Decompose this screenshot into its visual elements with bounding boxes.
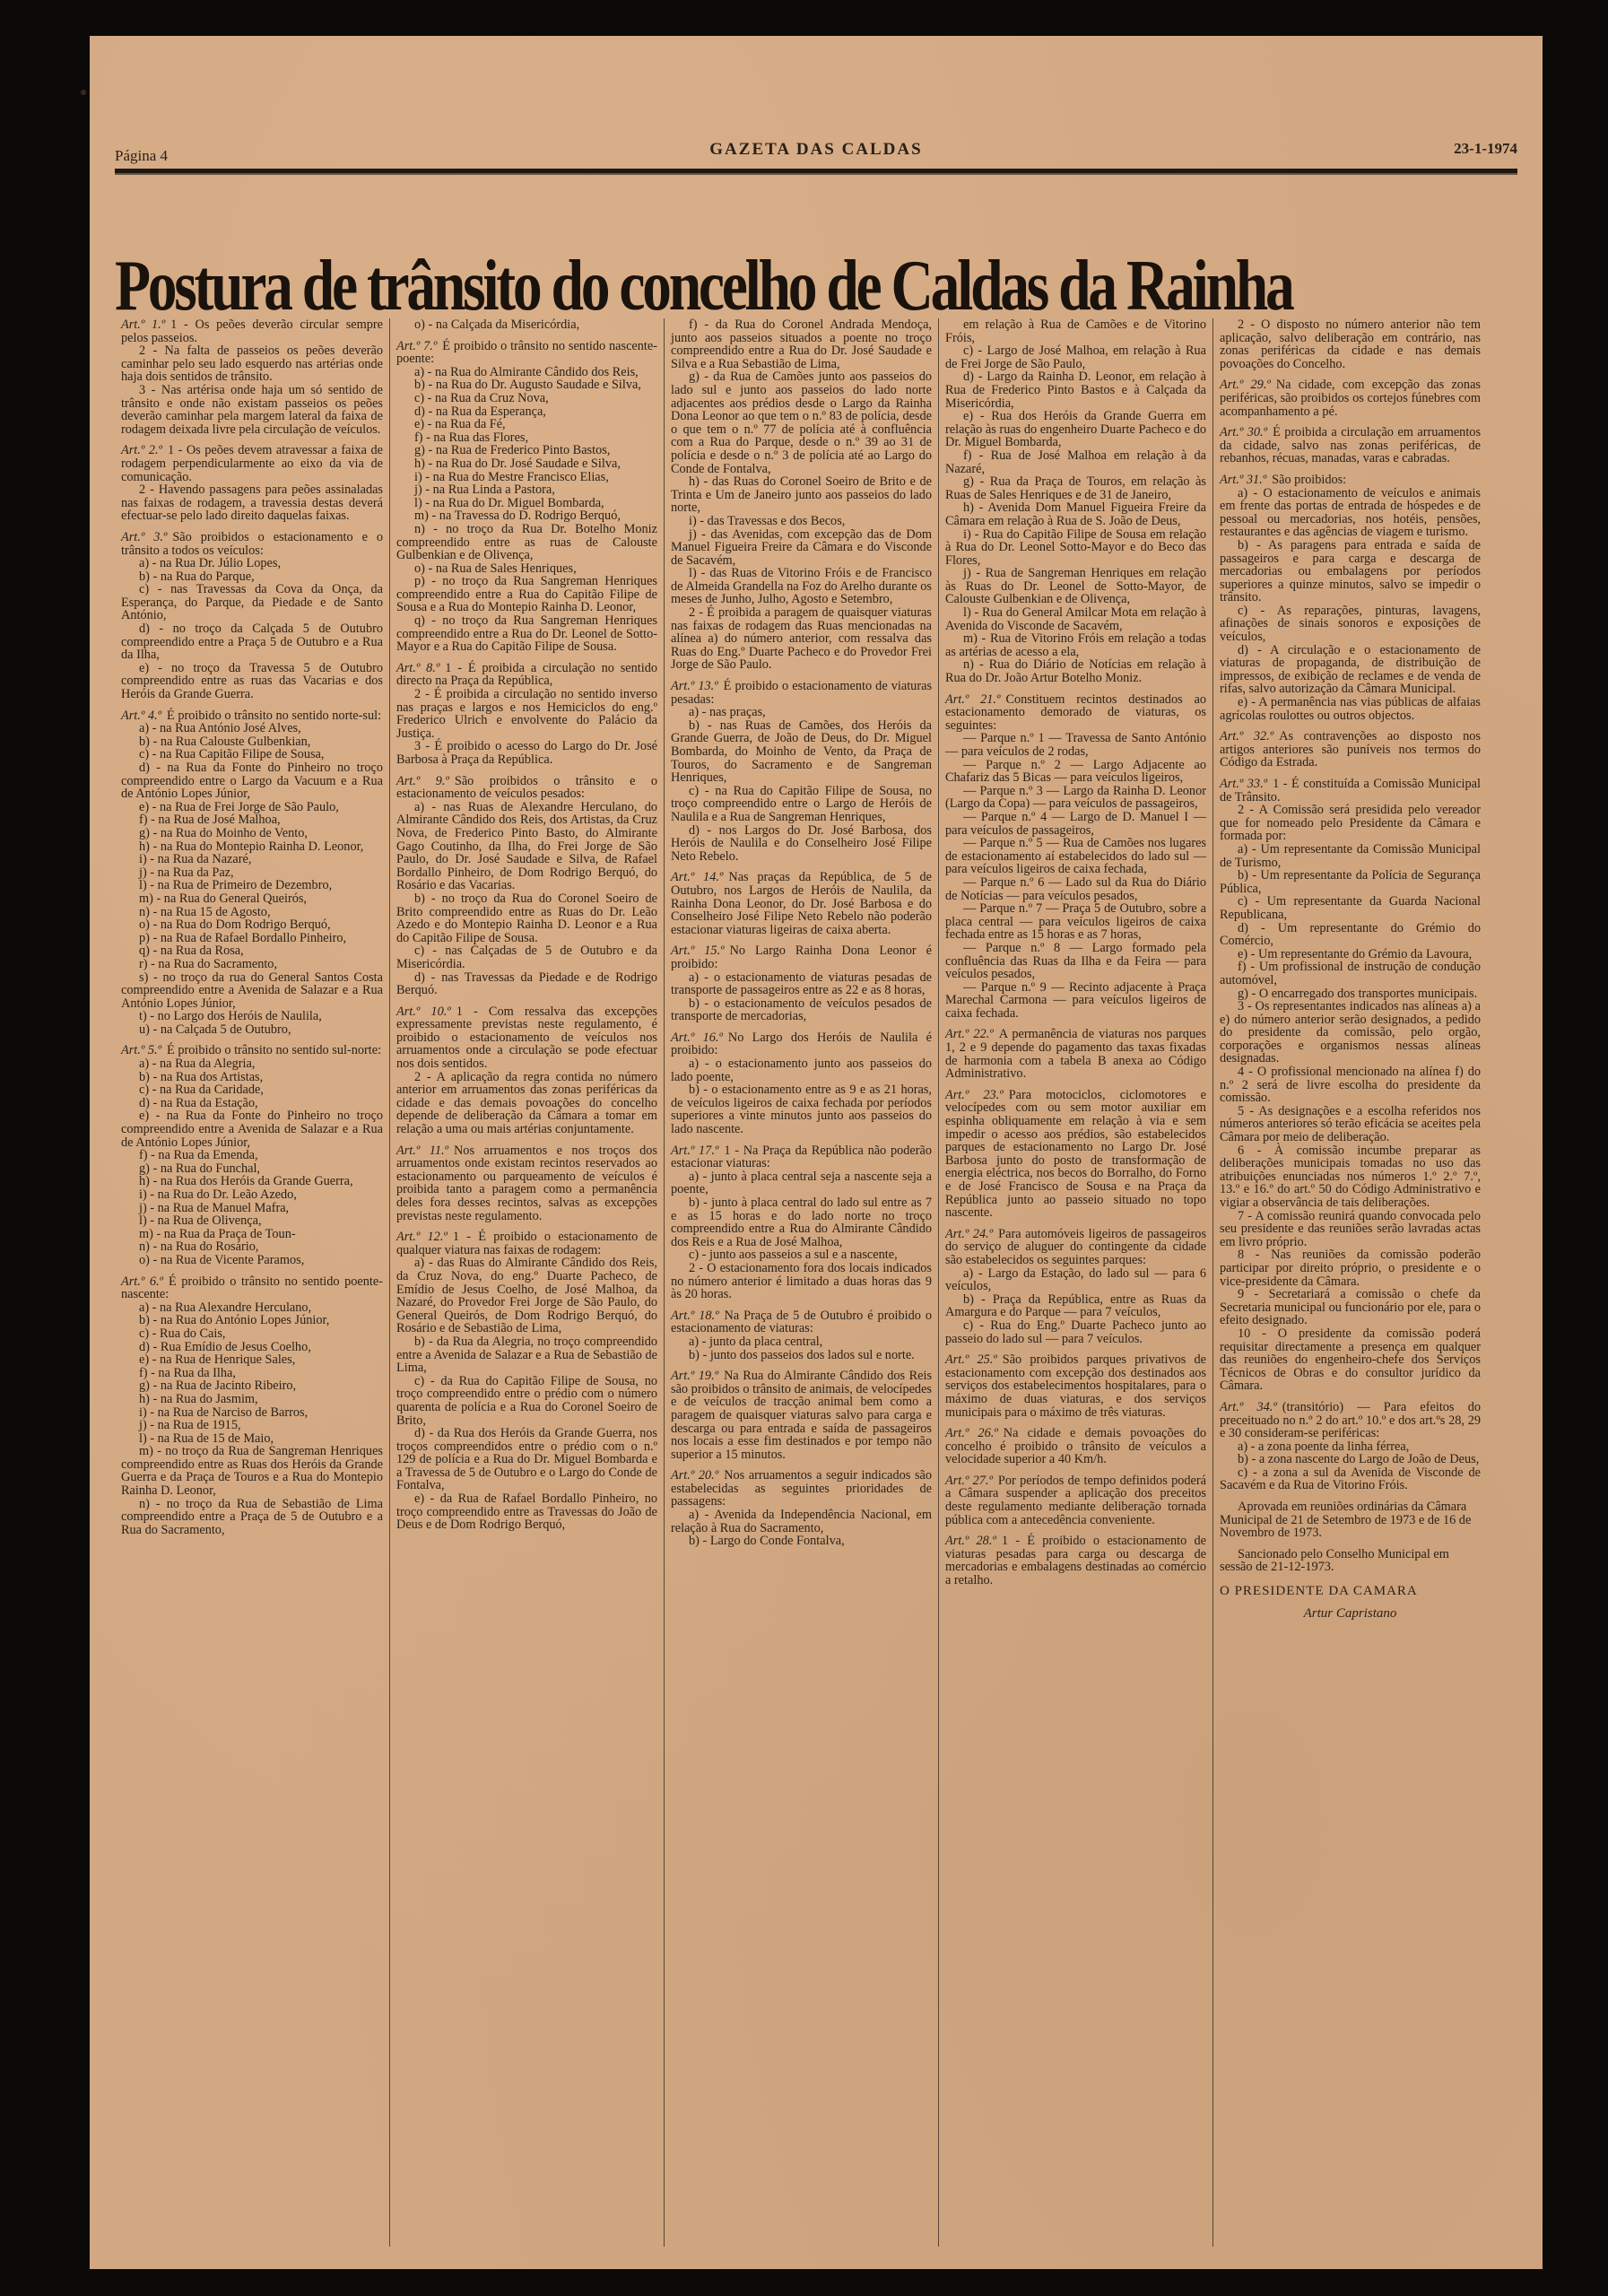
article-paragraph: Art.º 2.º1 - Os peões devem atravessar a… — [121, 444, 383, 483]
article-paragraph: f) - na Rua de José Malhoa, — [121, 813, 383, 827]
article-paragraph: u) - na Calçada 5 de Outubro, — [121, 1023, 383, 1037]
article-paragraph: Art.º 4.ºÉ proibido o trânsito no sentid… — [121, 709, 383, 723]
article-paragraph: a) - na Rua do Almirante Cândido dos Rei… — [396, 366, 657, 379]
paragraph-text: g) - na Rua do Funchal, — [139, 1161, 260, 1176]
column-5: 2 - O disposto no número anterior não te… — [1213, 318, 1487, 2247]
article: o) - na Calçada da Misericórdia, — [396, 318, 657, 332]
article-paragraph: c) - Rua do Eng.º Duarte Pacheco junto a… — [945, 1319, 1206, 1345]
paragraph-text: j) - Rua de Sangreman Henriques em relaç… — [945, 566, 1206, 606]
paragraph-text: a) - O estacionamento de veículos e anim… — [1220, 486, 1481, 540]
article-paragraph: Art.º 32.ºAs contravenções ao disposto n… — [1220, 730, 1481, 770]
article-paragraph: 7 - A comissão reunirá quando convocada … — [1220, 1210, 1481, 1249]
article-paragraph: a) - a zona poente da linha férrea, — [1220, 1440, 1481, 1454]
article-paragraph: n) - na Rua do Rosário, — [121, 1240, 383, 1254]
paragraph-text: m) - Rua de Vitorino Fróis em relação a … — [945, 631, 1206, 659]
article-paragraph: b) - na Rua Calouste Gulbenkian, — [121, 735, 383, 749]
article-number: Art.º 33.º — [1220, 777, 1267, 791]
paragraph-text: c) - junto aos passeios a sul e a nascen… — [689, 1248, 898, 1262]
article: Art.º 31.ºSão proibidos:a) - O estaciona… — [1220, 474, 1481, 722]
paragraph-text: j) - das Avenidas, com excepção das de D… — [671, 527, 932, 568]
article-paragraph: a) - nas Ruas de Alexandre Herculano, do… — [396, 801, 657, 892]
article-number: Art.º 18.º — [671, 1309, 719, 1323]
article-paragraph: Art.º 25.ºSão proibidos parques privativ… — [945, 1353, 1206, 1419]
paragraph-text: h) - Avenida Dom Manuel Figueira Freire … — [945, 500, 1206, 528]
paragraph-text: g) - da Rua de Camões junto aos passeios… — [671, 370, 932, 475]
article-paragraph: n) - Rua do Diário de Notícias em relaçã… — [945, 658, 1206, 684]
paragraph-text: — Parque n.º 1 — Travessa de Santo Antón… — [945, 731, 1206, 759]
paragraph-text: a) - o estacionamento junto aos passeios… — [671, 1057, 932, 1084]
article-paragraph: f) - Rua de José Malhoa em relação à da … — [945, 449, 1206, 475]
article-paragraph: a) - Um representante da Comissão Munici… — [1220, 843, 1481, 869]
paragraph-text: a) - nas praças, — [689, 705, 766, 719]
paragraph-text: d) - na Rua da Esperança, — [414, 404, 546, 419]
article-paragraph: f) - na Rua da Emenda, — [121, 1149, 383, 1162]
article: Art.º 2.º1 - Os peões devem atravessar a… — [121, 444, 383, 523]
paragraph-text: h) - na Rua do Montepio Rainha D. Leonor… — [139, 839, 363, 854]
article-paragraph: j) - na Rua Linda a Pastora, — [396, 483, 657, 497]
article: Art.º 26.ºNa cidade e demais povoações d… — [945, 1427, 1206, 1466]
paragraph-text: l) - Rua do General Amilcar Mota em rela… — [945, 605, 1206, 633]
paragraph-text: d) - Um representante do Grémio do Comér… — [1220, 921, 1481, 949]
newspaper-page: Página 4 GAZETA DAS CALDAS 23-1-1974 Pos… — [90, 36, 1543, 2269]
paragraph-text: r) - na Rua do Sacramento, — [139, 957, 277, 971]
article-paragraph: b) - da Rua da Alegria, no troço compree… — [396, 1335, 657, 1375]
article-paragraph: g) - na Rua do Moinho de Vento, — [121, 827, 383, 840]
paragraph-text: c) - nas Calçadas de 5 de Outubro e da M… — [396, 944, 657, 971]
paragraph-text: 2 - Na falta de passeios os peões deverã… — [121, 344, 383, 384]
paragraph-text: 10 - O presidente da comissão poderá req… — [1220, 1326, 1481, 1393]
header-rule — [115, 169, 1517, 175]
article: Art.º 3.ºSão proibidos o estacionamento … — [121, 531, 383, 701]
article-paragraph: a) - Avenida da Independência Nacional, … — [671, 1509, 932, 1535]
paragraph-text: b) - o estacionamento de veículos pesado… — [671, 996, 932, 1024]
paragraph-text: d) - na Rua da Estação, — [139, 1096, 258, 1110]
column-2: o) - na Calçada da Misericórdia,Art.º 7.… — [389, 318, 664, 2247]
article-paragraph: q) - na Rua da Rosa, — [121, 944, 383, 958]
article-paragraph: i) - das Travessas e dos Becos, — [671, 515, 932, 528]
paragraph-text: u) - na Calçada 5 de Outubro, — [139, 1022, 291, 1037]
article-paragraph: c) - a zona a sul da Avenida de Visconde… — [1220, 1466, 1481, 1492]
article-paragraph: f) - da Rua do Coronel Andrada Mendoça, … — [671, 318, 932, 370]
article-paragraph: l) - na Rua de 15 de Maio, — [121, 1432, 383, 1446]
article-number: Art.º 1.º — [121, 317, 165, 332]
article: Art.º 16.ºNo Largo dos Heróis de Naulila… — [671, 1031, 932, 1136]
article-paragraph: 4 - O profissional mencionado na alínea … — [1220, 1065, 1481, 1105]
article-paragraph: f) - Um profissional de instrução de con… — [1220, 961, 1481, 987]
paragraph-text: h) - na Rua dos Heróis da Grande Guerra, — [139, 1174, 353, 1188]
article-paragraph: Art.º 31.ºSão proibidos: — [1220, 474, 1481, 487]
article-paragraph: j) - das Avenidas, com excepção das de D… — [671, 528, 932, 568]
article-paragraph: b) - na Rua do António Lopes Júnior, — [121, 1314, 383, 1327]
article-paragraph: Art.º 26.ºNa cidade e demais povoações d… — [945, 1427, 1206, 1466]
article-paragraph: j) - na Rua da Paz, — [121, 866, 383, 880]
article-paragraph: Art.º 16.ºNo Largo dos Heróis de Naulila… — [671, 1031, 932, 1057]
article-paragraph: Art.º 14.ºNas praças da República, de 5 … — [671, 871, 932, 936]
article: em relação à Rua de Camões e de Vitorino… — [945, 318, 1206, 685]
article-paragraph: Art.º 3.ºSão proibidos o estacionamento … — [121, 531, 383, 557]
article-paragraph: e) - na Rua da Fé, — [396, 418, 657, 431]
paragraph-text: f) - Rua de José Malhoa em relação à da … — [945, 448, 1206, 476]
article-paragraph: Art.º 9.ºSão proibidos o trânsito e o es… — [396, 775, 657, 801]
article-paragraph: Art.º 18.ºNa Praça de 5 de Outubro é pro… — [671, 1309, 932, 1335]
paragraph-text: 8 - Nas reuniões da comissão poderão par… — [1220, 1248, 1481, 1288]
article-paragraph: 9 - Secretariará a comissão o chefe da S… — [1220, 1288, 1481, 1327]
paragraph-text: São proibidos: — [1272, 473, 1346, 487]
paragraph-text: f) - na Rua das Flores, — [414, 430, 528, 445]
paragraph-text: a) - na Rua António José Alves, — [139, 721, 301, 735]
article-paragraph: Art.º 29.ºNa cidade, com excepção das zo… — [1220, 378, 1481, 418]
article-paragraph: a) - O estacionamento de veículos e anim… — [1220, 487, 1481, 539]
paragraph-text: d) - Largo da Rainha D. Leonor, em relaç… — [945, 370, 1206, 410]
article-paragraph: m) - na Rua da Praça de Toun- — [121, 1228, 383, 1241]
paragraph-text: e) - Um representante do Grémio da Lavou… — [1238, 947, 1472, 961]
article-paragraph: Art.º 10.º1 - Com ressalva das excepções… — [396, 1005, 657, 1071]
article: Art.º 29.ºNa cidade, com excepção das zo… — [1220, 378, 1481, 418]
article-paragraph: b) - junto à placa central do lado sul e… — [671, 1196, 932, 1248]
paragraph-text: 5 - As designações e a escolha referidos… — [1220, 1104, 1481, 1144]
article-paragraph: 6 - À comissão incumbe preparar as delib… — [1220, 1144, 1481, 1210]
paragraph-text: s) - no troço da rua do General Santos C… — [121, 970, 383, 1011]
column-3: f) - da Rua do Coronel Andrada Mendoça, … — [664, 318, 938, 2247]
article-paragraph: a) - das Ruas do Almirante Cândido dos R… — [396, 1257, 657, 1335]
article-paragraph: a) - nas praças, — [671, 706, 932, 719]
paragraph-text: f) - Um profissional de instrução de con… — [1220, 960, 1481, 987]
article-paragraph: 8 - Nas reuniões da comissão poderão par… — [1220, 1248, 1481, 1288]
article-paragraph: 2 - A aplicação da regra contida no núme… — [396, 1071, 657, 1136]
article-paragraph: o) - na Calçada da Misericórdia, — [396, 318, 657, 332]
article-paragraph: n) - no troço da Rua Dr. Botelho Moniz c… — [396, 523, 657, 562]
article-paragraph: i) - na Rua do Mestre Francisco Elias, — [396, 471, 657, 484]
article-paragraph: Art.º 19.ºNa Rua do Almirante Cândido do… — [671, 1370, 932, 1461]
article-paragraph: e) - A permanência nas vias públicas de … — [1220, 696, 1481, 722]
paragraph-text: m) - na Travessa do D. Rodrigo Berquó, — [414, 509, 621, 523]
paragraph-text: l) - na Rua do Dr. Miguel Bombarda, — [414, 496, 604, 510]
article-paragraph: n) - na Rua 15 de Agosto, — [121, 906, 383, 919]
article-paragraph: c) - na Rua do Capitão Filipe de Sousa, … — [671, 785, 932, 824]
paragraph-text: i) - na Rua de Narciso de Barros, — [139, 1405, 308, 1420]
article-paragraph: c) - As reparações, pinturas, lavagens, … — [1220, 604, 1481, 644]
paragraph-text: l) - na Rua de Olivença, — [139, 1213, 262, 1228]
article-paragraph: f) - na Rua da Ilha, — [121, 1367, 383, 1380]
article-paragraph: b) - As paragens para entrada e saída de… — [1220, 539, 1481, 604]
article-paragraph: h) - na Rua do Dr. José Saudade e Silva, — [396, 457, 657, 471]
paragraph-text: c) - a zona a sul da Avenida de Visconde… — [1220, 1465, 1481, 1493]
article-paragraph: c) - Um representante da Guarda Nacional… — [1220, 895, 1481, 921]
paragraph-text: 2 - O disposto no número anterior não te… — [1220, 317, 1481, 371]
article-paragraph: h) - das Ruas do Coronel Soeiro de Brito… — [671, 475, 932, 515]
paragraph-text: o) - na Rua de Sales Henriques, — [414, 561, 577, 576]
edge-mark — [81, 90, 86, 95]
paragraph-text: a) - das Ruas do Almirante Cândido dos R… — [396, 1256, 657, 1335]
paragraph-text: g) - O encarregado dos transportes munic… — [1238, 987, 1477, 1001]
paragraph-text: f) - na Rua da Emenda, — [139, 1148, 258, 1162]
article-paragraph: — Parque n.º 1 — Travessa de Santo Antón… — [945, 732, 1206, 758]
paragraph-text: e) - na Rua da Fé, — [414, 417, 506, 431]
article-paragraph: o) - na Rua de Vicente Paramos, — [121, 1254, 383, 1267]
paragraph-text: 3 - Os representantes indicados nas alín… — [1220, 999, 1481, 1065]
article: Art.º 23.ºPara motociclos, ciclomotores … — [945, 1089, 1206, 1220]
paragraph-text: b) - Largo do Conde Fontalva, — [689, 1534, 845, 1548]
article-paragraph: l) - das Ruas de Vitorino Fróis e de Fra… — [671, 567, 932, 606]
paragraph-text: — Parque n.º 5 — Rua de Camões nos lugar… — [945, 836, 1206, 876]
article-paragraph: em relação à Rua de Camões e de Vitorino… — [945, 318, 1206, 344]
article-paragraph: Art.º 8.º1 - É proibida a circulação no … — [396, 662, 657, 688]
paragraph-text: f) - na Rua da Ilha, — [139, 1366, 236, 1380]
paragraph-text: É proibido o trânsito no sentido norte-s… — [167, 709, 381, 723]
paragraph-text: a) - junto à placa central seja a nascen… — [671, 1170, 932, 1197]
article-paragraph: d) - da Rua dos Heróis da Grande Guerra,… — [396, 1427, 657, 1492]
article-paragraph: i) - na Rua de Narciso de Barros, — [121, 1406, 383, 1420]
article-paragraph: e) - na Rua da Fonte do Pinheiro no troç… — [121, 1109, 383, 1149]
paragraph-text: q) - no troço da Rua Sangreman Henriques… — [396, 613, 657, 654]
article: Art.º 28.º1 - É proibido o estacionament… — [945, 1535, 1206, 1587]
paragraph-text: Para motociclos, ciclomotores e velocípe… — [945, 1088, 1206, 1220]
article-paragraph: f) - na Rua das Flores, — [396, 431, 657, 445]
article-number: Art.º 11.º — [396, 1144, 448, 1158]
issue-date: 23-1-1974 — [1454, 140, 1517, 158]
article-paragraph: Art.º 24.ºPara automóveis ligeiros de pa… — [945, 1228, 1206, 1267]
paragraph-text: b) - nas Ruas de Camões, dos Heróis da G… — [671, 718, 932, 785]
paragraph-text: Na Rua do Almirante Cândido dos Reis são… — [671, 1369, 932, 1462]
paragraph-text: a) - a zona poente da linha férrea, — [1238, 1439, 1409, 1454]
article-number: Art.º 9.º — [396, 774, 449, 788]
president-title: O PRESIDENTE DA CAMARA — [1220, 1585, 1481, 1598]
article-paragraph: c) - na Rua da Caridade, — [121, 1083, 383, 1097]
paragraph-text: c) - nas Travessas da Cova da Onça, da E… — [121, 582, 383, 622]
article-number: Art.º 5.º — [121, 1043, 161, 1057]
paragraph-text: j) - na Rua da Paz, — [139, 865, 234, 880]
article-paragraph: g) - na Rua de Frederico Pinto Bastos, — [396, 444, 657, 457]
article-paragraph: p) - no troço da Rua Sangreman Henriques… — [396, 575, 657, 614]
article-number: Art.º 28.º — [945, 1534, 996, 1548]
article: Art.º 21.ºConstituem recintos destinados… — [945, 693, 1206, 1021]
article-paragraph: — Parque n.º 2 — Largo Adjacente ao Chaf… — [945, 759, 1206, 785]
paragraph-text: l) - na Rua de 15 de Maio, — [139, 1431, 274, 1446]
paragraph-text: d) - nos Largos do Dr. José Barbosa, dos… — [671, 823, 932, 864]
article-number: Art.º 31.º — [1220, 473, 1266, 487]
article-paragraph: i) - na Rua da Nazaré, — [121, 853, 383, 866]
paragraph-text: e) - Rua dos Heróis da Grande Guerra em … — [945, 409, 1206, 449]
article-paragraph: d) - nas Travessas da Piedade e de Rodri… — [396, 971, 657, 997]
article-paragraph: Art.º 21.ºConstituem recintos destinados… — [945, 693, 1206, 733]
article-paragraph: l) - Rua do General Amilcar Mota em rela… — [945, 606, 1206, 632]
paragraph-text: em relação à Rua de Camões e de Vitorino… — [945, 317, 1206, 345]
article-paragraph: b) - junto dos passeios dos lados sul e … — [671, 1349, 932, 1362]
article: Art.º 8.º1 - É proibida a circulação no … — [396, 662, 657, 767]
paragraph-text: n) - na Rua 15 de Agosto, — [139, 905, 271, 919]
paragraph-text: g) - na Rua do Moinho de Vento, — [139, 826, 308, 840]
article: Art.º 13.ºÉ proibido o estacionamento de… — [671, 680, 932, 863]
article-paragraph: a) - na Rua Dr. Júlio Lopes, — [121, 557, 383, 570]
article: Art.º 32.ºAs contravenções ao disposto n… — [1220, 730, 1481, 770]
paragraph-text: j) - na Rua de 1915, — [139, 1418, 241, 1432]
article-paragraph: b) - o estacionamento entre as 9 e as 21… — [671, 1083, 932, 1135]
article-paragraph: Art.º 15.ºNo Largo Rainha Dona Leonor é … — [671, 944, 932, 970]
paragraph-text: 2 - A Comissão será presidida pelo verea… — [1220, 803, 1481, 843]
article-paragraph: Art.º 34.º(transitório) — Para efeitos d… — [1220, 1401, 1481, 1440]
article-paragraph: Art.º 6.ºÉ proibido o trânsito no sentid… — [121, 1275, 383, 1301]
article-number: Art.º 12.º — [396, 1230, 448, 1244]
article: Art.º 27.ºPor períodos de tempo definido… — [945, 1474, 1206, 1526]
article-paragraph: e) - Um representante do Grémio da Lavou… — [1220, 948, 1481, 961]
article-number: Art.º 26.º — [945, 1426, 998, 1440]
article-paragraph: g) - O encarregado dos transportes munic… — [1220, 987, 1481, 1001]
article-paragraph: d) - na Rua da Fonte do Pinheiro no troç… — [121, 761, 383, 801]
article-paragraph: t) - no Largo dos Heróis de Naulila, — [121, 1010, 383, 1023]
paragraph-text: b) - na Rua Calouste Gulbenkian, — [139, 735, 310, 749]
article: Art.º 25.ºSão proibidos parques privativ… — [945, 1353, 1206, 1419]
paragraph-text: d) - no troço da Calçada 5 de Outubro co… — [121, 622, 383, 662]
paragraph-text: a) - na Rua Alexandre Herculano, — [139, 1300, 311, 1315]
article-paragraph: c) - da Rua do Capitão Filipe de Sousa, … — [396, 1375, 657, 1427]
article-paragraph: g) - na Rua de Jacinto Ribeiro, — [121, 1379, 383, 1393]
article-paragraph: Art.º 11.ºNos arruamentos e nos troços d… — [396, 1144, 657, 1223]
article-paragraph: o) - na Rua do Dom Rodrigo Berquó, — [121, 918, 383, 932]
paragraph-text: q) - na Rua da Rosa, — [139, 944, 244, 958]
paragraph-text: É proibido o trânsito no sentido sul-nor… — [167, 1043, 381, 1057]
paragraph-text: d) - da Rua dos Heróis da Grande Guerra,… — [396, 1426, 657, 1492]
article-paragraph: 3 - Os representantes indicados nas alín… — [1220, 1000, 1481, 1065]
article-paragraph: — Parque n.º 5 — Rua de Camões nos lugar… — [945, 837, 1206, 876]
article-number: Art.º 7.º — [396, 339, 437, 353]
article: Art.º 5.ºÉ proibido o trânsito no sentid… — [121, 1044, 383, 1266]
article-number: Art.º 32.º — [1220, 729, 1273, 744]
article-paragraph: h) - na Rua dos Heróis da Grande Guerra, — [121, 1175, 383, 1188]
paragraph-text: b) - na Rua do Parque, — [139, 570, 255, 584]
paragraph-text: m) - na Rua do General Queirós, — [139, 891, 307, 906]
article: Art.º 11.ºNos arruamentos e nos troços d… — [396, 1144, 657, 1223]
article-paragraph: c) - junto aos passeios a sul e a nascen… — [671, 1248, 932, 1262]
article-number: Art.º 23.º — [945, 1088, 1004, 1102]
article-paragraph: q) - no troço da Rua Sangreman Henriques… — [396, 614, 657, 654]
article-paragraph: b) - a zona nascente do Largo de João de… — [1220, 1453, 1481, 1466]
article-number: Art.º 27.º — [945, 1474, 993, 1488]
paragraph-text: — Parque n.º 9 — Recinto adjacente à Pra… — [945, 980, 1206, 1021]
article-paragraph: Art.º 13.ºÉ proibido o estacionamento de… — [671, 680, 932, 706]
article-number: Art.º 2.º — [121, 443, 162, 457]
article-paragraph: Art.º 22.ºA permanência de viaturas nos … — [945, 1028, 1206, 1080]
article: Art.º 34.º(transitório) — Para efeitos d… — [1220, 1401, 1481, 1492]
article-number: Art.º 24.º — [945, 1227, 993, 1241]
signature: Artur Capristano — [1220, 1607, 1481, 1621]
article-paragraph: c) - nas Travessas da Cova da Onça, da E… — [121, 583, 383, 622]
article-paragraph: b) - nas Ruas de Camões, dos Heróis da G… — [671, 719, 932, 785]
paragraph-text: 9 - Secretariará a comissão o chefe da S… — [1220, 1287, 1481, 1327]
paragraph-text: n) - no troço da Rua Dr. Botelho Moniz c… — [396, 522, 657, 562]
paragraph-text: b) - junto à placa central do lado sul e… — [671, 1196, 932, 1249]
paragraph-text: b) - na Rua do Dr. Augusto Saudade e Sil… — [414, 378, 641, 392]
paragraph-text: a) - nas Ruas de Alexandre Herculano, do… — [396, 800, 657, 893]
article-paragraph: m) - no troço da Rua de Sangreman Henriq… — [121, 1445, 383, 1497]
article-paragraph: s) - no troço da rua do General Santos C… — [121, 971, 383, 1011]
article-number: Art.º 30.º — [1220, 425, 1267, 439]
article-paragraph: 2 - Havendo passagens para peões assinal… — [121, 483, 383, 523]
article: Art.º 14.ºNas praças da República, de 5 … — [671, 871, 932, 936]
paragraph-text: e) - na Rua da Fonte do Pinheiro no troç… — [121, 1109, 383, 1149]
newspaper-title: GAZETA DAS CALDAS — [115, 140, 1517, 160]
article-paragraph: a) - na Rua António José Alves, — [121, 722, 383, 735]
paragraph-text: e) - da Rua de Rafael Bordallo Pinheiro,… — [396, 1492, 657, 1532]
paragraph-text: m) - no troço da Rua de Sangreman Henriq… — [121, 1444, 383, 1498]
article-paragraph: a) - junto à placa central seja a nascen… — [671, 1170, 932, 1196]
article-paragraph: g) - na Rua do Funchal, — [121, 1162, 383, 1176]
paragraph-text: 7 - A comissão reunirá quando convocada … — [1220, 1209, 1481, 1249]
article-paragraph: l) - na Rua de Olivença, — [121, 1214, 383, 1228]
article-paragraph: j) - na Rua de Manuel Mafra, — [121, 1202, 383, 1215]
article-paragraph: a) - o estacionamento de viaturas pesada… — [671, 971, 932, 997]
paragraph-text: b) - na Rua dos Artistas, — [139, 1070, 263, 1084]
article-paragraph: 2 - É proibida a circulação no sentido i… — [396, 688, 657, 740]
article-number: Art.º 29.º — [1220, 378, 1271, 392]
article-paragraph: e) - no troço da Travessa 5 de Outubro c… — [121, 662, 383, 701]
article-paragraph: 5 - As designações e a escolha referidos… — [1220, 1105, 1481, 1144]
closing-block: Aprovada em reuniões ordinárias da Câmar… — [1220, 1500, 1481, 1620]
paragraph-text: — Parque n.º 2 — Largo Adjacente ao Chaf… — [945, 758, 1206, 786]
paragraph-text: a) - o estacionamento de viaturas pesada… — [671, 970, 932, 998]
paragraph-text: j) - na Rua de Manuel Mafra, — [139, 1201, 289, 1215]
article-paragraph: Art.º 1.º1 - Os peões deverão circular s… — [121, 318, 383, 344]
article-paragraph: 2 - O disposto no número anterior não te… — [1220, 318, 1481, 370]
paragraph-text: e) - A permanência nas vias públicas de … — [1220, 695, 1481, 723]
article-number: Art.º 25.º — [945, 1352, 997, 1367]
article-paragraph: j) - Rua de Sangreman Henriques em relaç… — [945, 567, 1206, 606]
paragraph-text: — Parque n.º 6 — Lado sul da Rua do Diár… — [945, 875, 1206, 903]
article: Art.º 15.ºNo Largo Rainha Dona Leonor é … — [671, 944, 932, 1023]
article-paragraph: e) - na Rua de Henrique Sales, — [121, 1353, 383, 1367]
column-5-articles: 2 - O disposto no número anterior não te… — [1220, 318, 1481, 1492]
article-paragraph: b) - na Rua do Parque, — [121, 570, 383, 584]
paragraph-text: — Parque n.º 4 — Largo de D. Manuel I — … — [945, 810, 1206, 838]
article-paragraph: d) - Largo da Rainha D. Leonor, em relaç… — [945, 370, 1206, 410]
article-number: Art.º 6.º — [121, 1274, 163, 1289]
article-paragraph: g) - Rua da Praça de Touros, em relação … — [945, 475, 1206, 501]
paragraph-text: c) - na Rua Capitão Filipe de Sousa, — [139, 747, 324, 761]
paragraph-text: c) - na Rua da Cruz Nova, — [414, 391, 549, 405]
article-number: Art.º 20.º — [671, 1468, 718, 1483]
article-paragraph: b) - Largo do Conde Fontalva, — [671, 1535, 932, 1548]
sanction-text: Sancionado pelo Conselho Municipal em se… — [1220, 1548, 1481, 1574]
article-paragraph: c) - Rua do Cais, — [121, 1327, 383, 1341]
paragraph-text: b) - na Rua do António Lopes Júnior, — [139, 1313, 329, 1327]
article-paragraph: a) - Largo da Estação, do lado sul — par… — [945, 1267, 1206, 1293]
paragraph-text: f) - na Rua de José Malhoa, — [139, 813, 281, 827]
article-paragraph: c) - na Rua Capitão Filipe de Sousa, — [121, 748, 383, 761]
paragraph-text: h) - na Rua do Jasmim, — [139, 1392, 258, 1406]
article-number: Art.º 21.º — [945, 692, 1000, 707]
article-paragraph: b) - Praça da República, entre as Ruas d… — [945, 1293, 1206, 1319]
paragraph-text: c) - Rua do Cais, — [139, 1326, 225, 1341]
article-paragraph: Art.º 23.ºPara motociclos, ciclomotores … — [945, 1089, 1206, 1220]
article-paragraph: r) - na Rua do Sacramento, — [121, 958, 383, 971]
paragraph-text: j) - na Rua Linda a Pastora, — [414, 483, 555, 497]
paragraph-text: i) - na Rua da Nazaré, — [139, 852, 251, 866]
article: Art.º 24.ºPara automóveis ligeiros de pa… — [945, 1228, 1206, 1345]
paragraph-text: c) - Largo de José Malhoa, em relação à … — [945, 344, 1206, 371]
article-number: Art.º 10.º — [396, 1004, 451, 1019]
paragraph-text: c) - na Rua da Caridade, — [139, 1083, 264, 1097]
paragraph-text: a) - na Rua Dr. Júlio Lopes, — [139, 556, 281, 570]
paragraph-text: c) - da Rua do Capitão Filipe de Sousa, … — [396, 1374, 657, 1428]
paragraph-text: b) - Um representante da Polícia de Segu… — [1220, 868, 1481, 896]
article-paragraph: Art.º 20.ºNos arruamentos a seguir indic… — [671, 1469, 932, 1509]
article-paragraph: 2 - É proibida a paragem de quaisquer vi… — [671, 606, 932, 672]
article-paragraph: h) - na Rua do Montepio Rainha D. Leonor… — [121, 840, 383, 854]
article-paragraph: b) - Um representante da Polícia de Segu… — [1220, 869, 1481, 895]
article-columns: Art.º 1.º1 - Os peões deverão circular s… — [115, 318, 1514, 2247]
article-paragraph: g) - da Rua de Camões junto aos passeios… — [671, 370, 932, 475]
paragraph-text: c) - na Rua do Capitão Filipe de Sousa, … — [671, 784, 932, 824]
paragraph-text: m) - na Rua da Praça de Toun- — [139, 1227, 296, 1241]
